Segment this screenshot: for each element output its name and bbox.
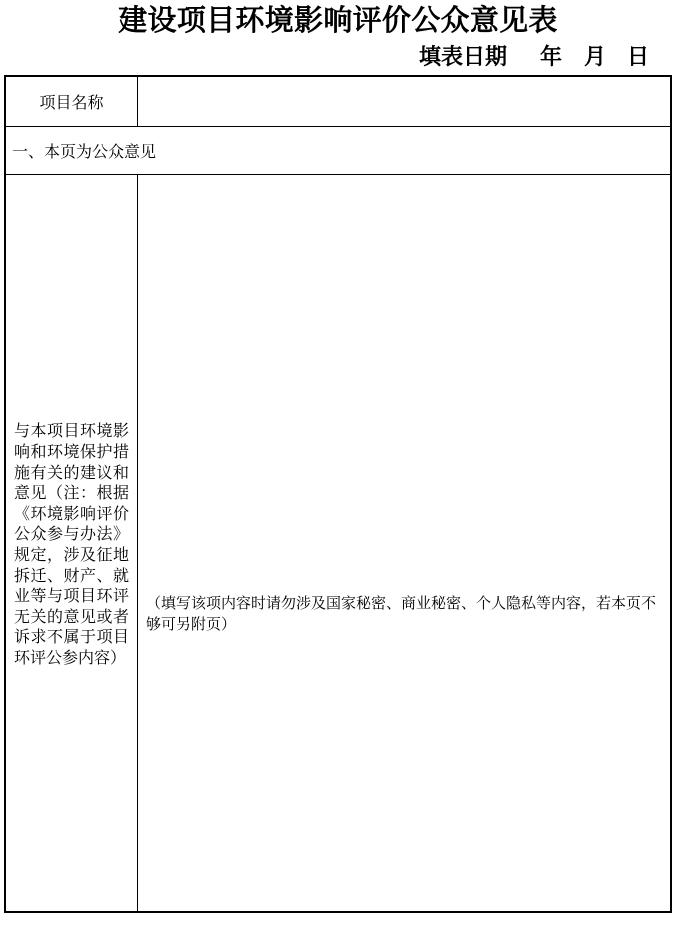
project-name-input-area[interactable] (138, 77, 670, 126)
opinion-label-cell: 与本项目环境影响和环境保护措施有关的建议和意见（注：根据《环境影响评价公众参与办… (6, 175, 138, 911)
opinion-note-text: （填写该项内容时请勿涉及国家秘密、商业秘密、个人隐私等内容，若本页不够可另附页） (146, 594, 662, 636)
section-header-row: 一、本页为公众意见 (6, 127, 670, 175)
fill-date-line: 填表日期年月日 (0, 44, 676, 69)
opinion-label-text: 与本项目环境影响和环境保护措施有关的建议和意见（注：根据《环境影响评价公众参与办… (6, 422, 137, 669)
document-page: 建设项目环境影响评价公众意见表 填表日期年月日 项目名称 一、本页为公众意见 与… (0, 3, 676, 932)
project-name-label: 项目名称 (39, 90, 103, 113)
section-header-text: 一、本页为公众意见 (12, 139, 156, 162)
fill-date-year-label: 年 (540, 44, 562, 69)
project-name-label-cell: 项目名称 (6, 77, 138, 126)
page-title: 建设项目环境影响评价公众意见表 (0, 3, 676, 40)
fill-date-label: 填表日期 (419, 44, 507, 69)
opinion-row: 与本项目环境影响和环境保护措施有关的建议和意见（注：根据《环境影响评价公众参与办… (6, 175, 670, 911)
opinion-input-area[interactable]: （填写该项内容时请勿涉及国家秘密、商业秘密、个人隐私等内容，若本页不够可另附页） (138, 175, 670, 911)
opinion-form-table: 项目名称 一、本页为公众意见 与本项目环境影响和环境保护措施有关的建议和意见（注… (4, 75, 672, 913)
fill-date-day-label: 日 (627, 44, 649, 69)
project-name-row: 项目名称 (6, 77, 670, 127)
fill-date-month-label: 月 (584, 44, 606, 69)
